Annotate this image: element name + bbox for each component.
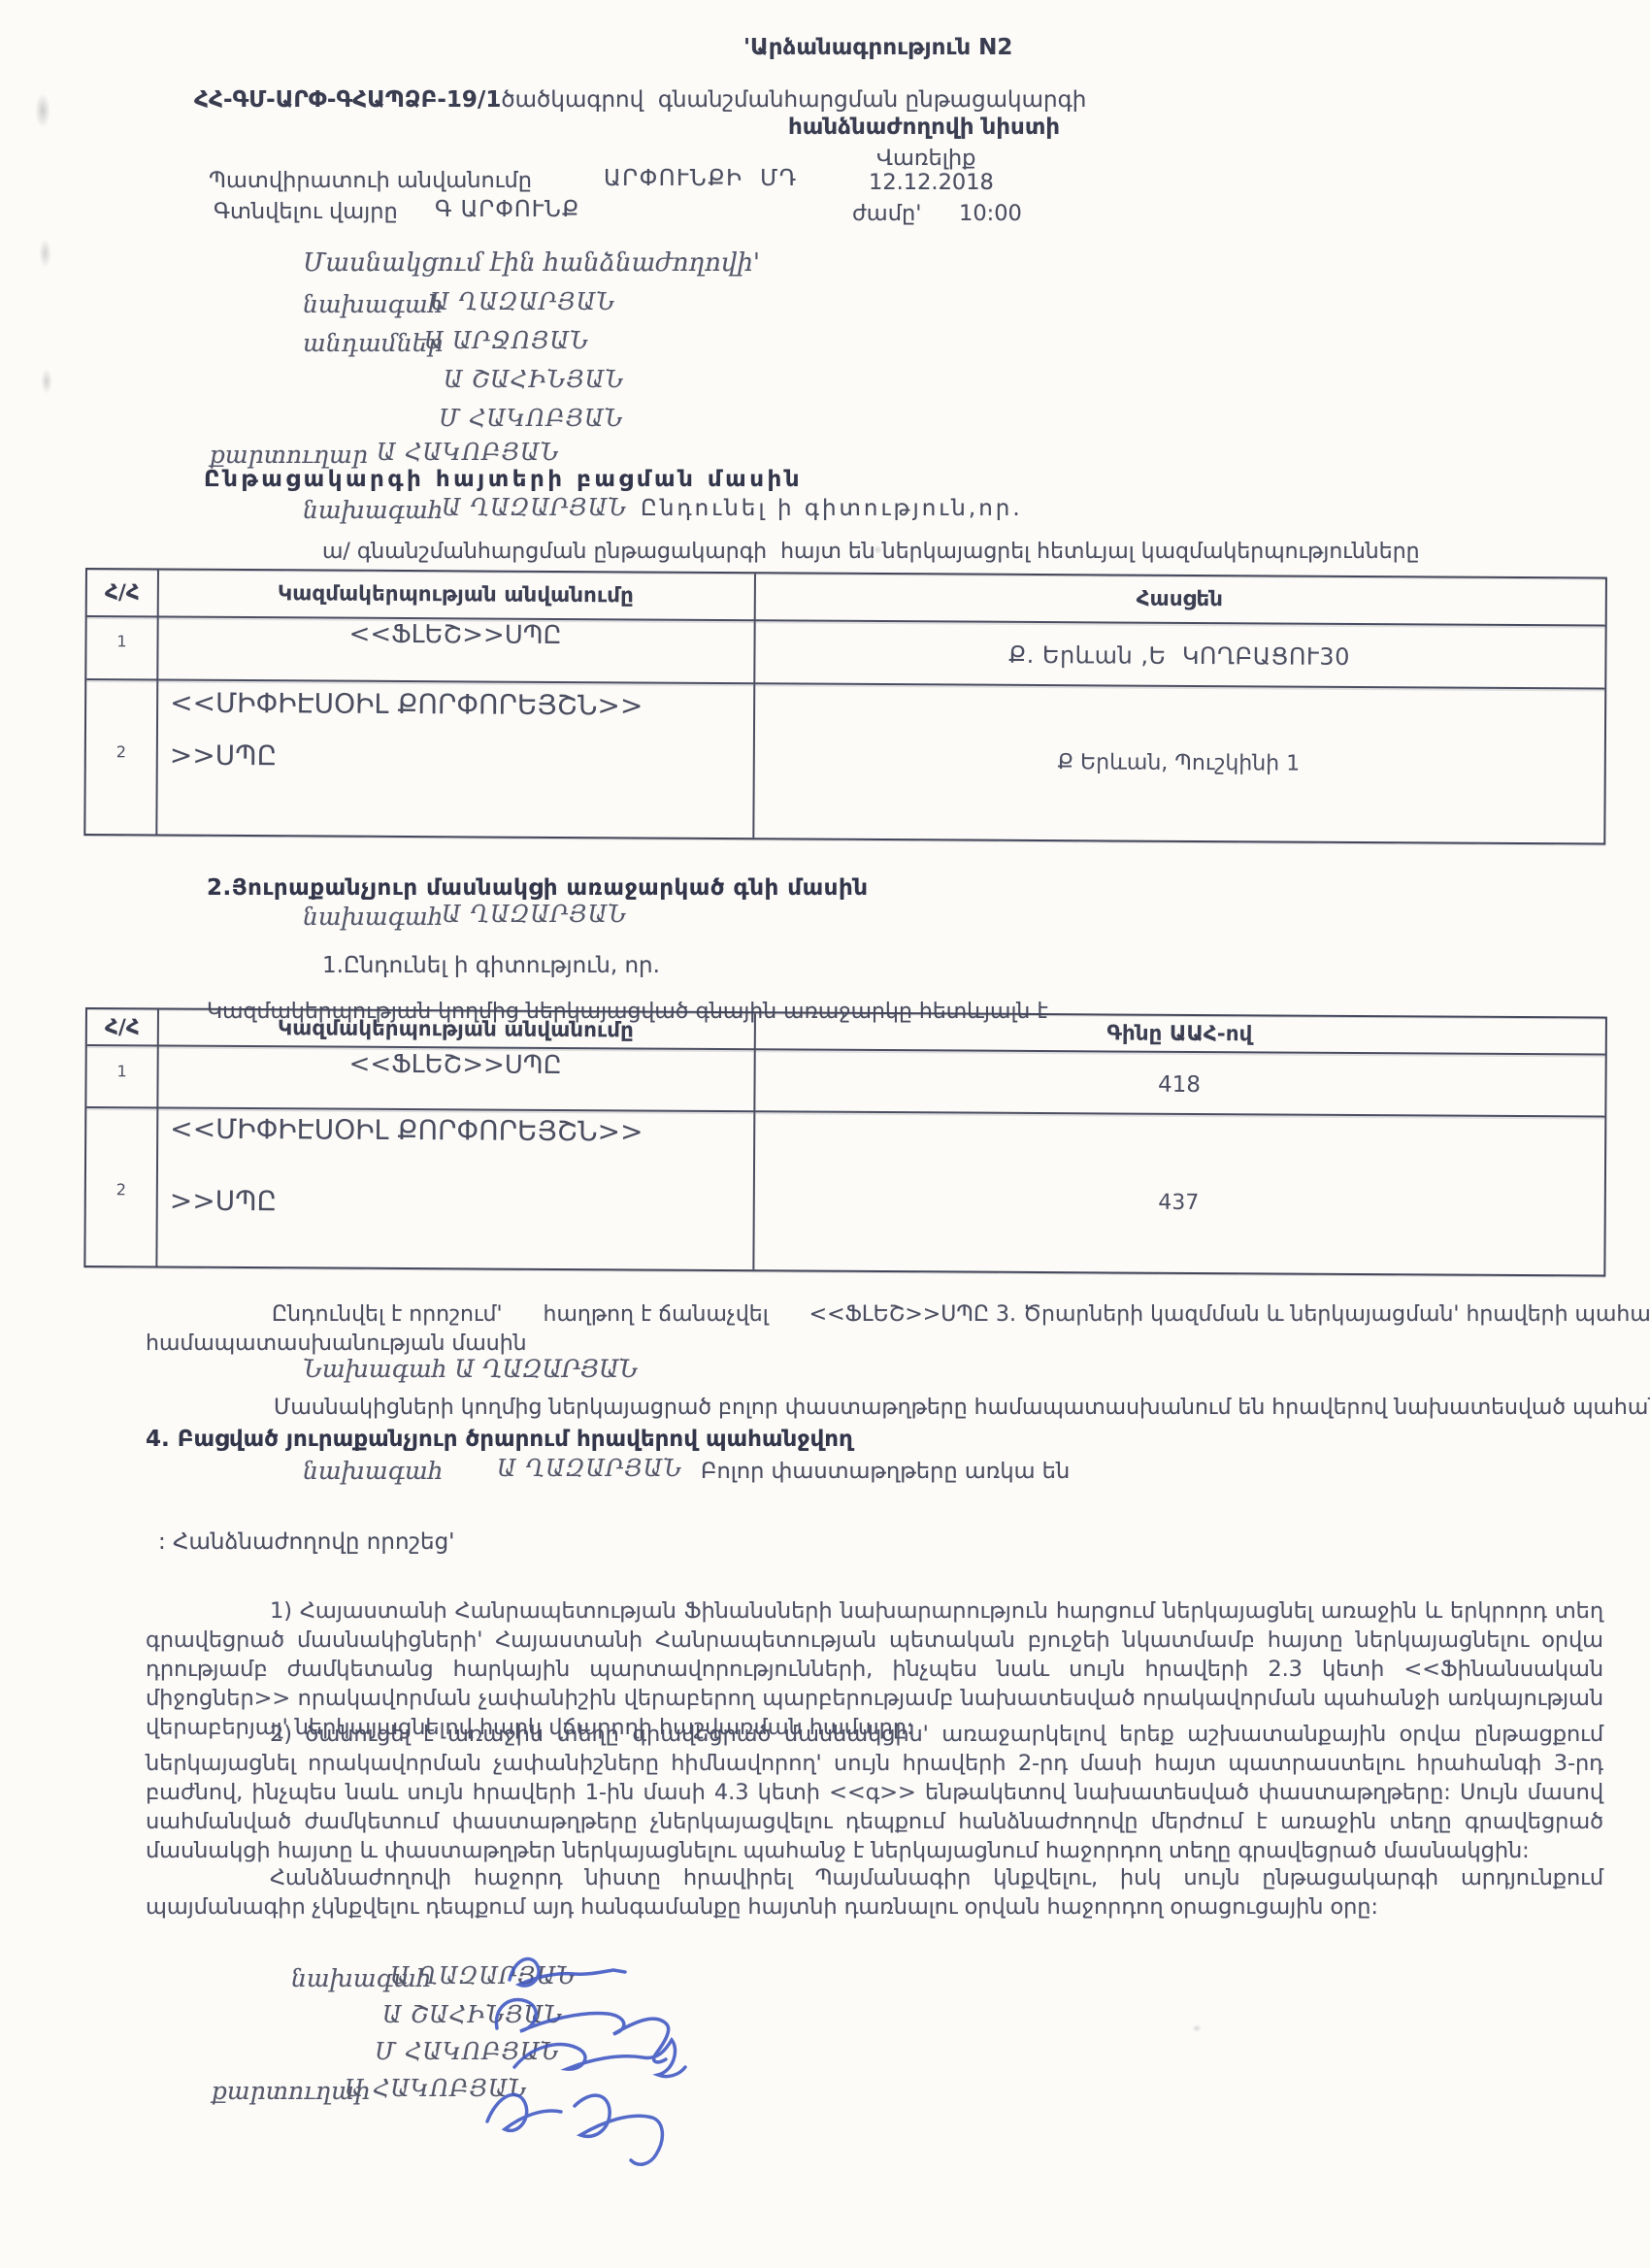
protocol-title: 'Արձանագրություն N2 <box>743 35 1012 60</box>
section1-intro: ա/ գնանշմանհարցման ընթացակարգի հայտ են ն… <box>322 540 1420 564</box>
member-2-name: Ա ՇԱՀԻՆՅԱՆ <box>444 366 624 393</box>
section2-note: 1.Ընդունել ի գիտություն, որ. <box>322 953 660 978</box>
table2-row1-price: 418 <box>753 1069 1604 1100</box>
procurement-subject: Վառելիք <box>876 146 975 171</box>
table2-row2-name-line2: >>ՍՊԸ <box>170 1185 278 1218</box>
price-offers-table: Հ/Հ Կազմակերպության անվանումը Գինը ԱԱՀ-ո… <box>83 1007 1607 1277</box>
table2-row2-name-line1: <<ՄԻՓԻԷՍՕԻԼ ՔՈՐՓՈՐԵՅՇՆ>> <box>170 1113 643 1148</box>
decision-intro: : Հանձնաժողովը որոշեց' <box>158 1529 454 1555</box>
table1-row2-name-line2: >>ՍՊԸ <box>170 740 278 772</box>
section1-chair-label: նախագահ <box>303 496 444 524</box>
time-label: ժամը' <box>852 201 921 226</box>
scan-artifact <box>874 545 882 554</box>
members-label: անդամներ <box>303 329 444 357</box>
section4-note: Բոլոր փաստաթղթերը առկա են <box>701 1459 1070 1484</box>
table2-header-num: Հ/Հ <box>87 1015 157 1039</box>
table-border <box>155 570 159 834</box>
table2-row2-price: 437 <box>753 1188 1604 1217</box>
chairman-label: նախագահ <box>303 290 444 318</box>
scanned-protocol-document: 'Արձանագրություն N2 ՀՀ-ԳՄ-ԱՐՓ-ԳՀԱՊՁԲ-19/… <box>0 0 1650 2268</box>
procedure-code: ՀՀ-ԳՄ-ԱՐՓ-ԳՀԱՊՁԲ-19/1 <box>194 87 501 113</box>
signature-hakobyan-a-ink <box>487 2094 662 2164</box>
client-label: Պատվիրատուի անվանումը <box>209 168 532 193</box>
section4-chair-label: նախագահ <box>303 1457 444 1485</box>
table-border <box>752 574 756 838</box>
table2-row1-name: <<ՖԼԵՇ>>ՍՊԸ <box>157 1048 754 1081</box>
section1-note: Ընդունել ի գիտություն,որ. <box>641 496 1023 521</box>
table1-row1-num: 1 <box>86 632 156 650</box>
section2-chair-name: Ա ՂԱԶԱՐՅԱՆ <box>442 901 627 928</box>
location-value: Գ ԱՐՓՈՒՆՔ <box>435 197 579 222</box>
member-3-name: Մ ՀԱԿՈԲՅԱՆ <box>439 405 624 432</box>
decision-item-2: 2) ծանուցել է առաջին տեղը գրավեցրած մասն… <box>146 1720 1603 1865</box>
winner-decision-line1: Ընդունվել է որոշում' հաղթող է ճանաչվել <… <box>272 1302 1650 1327</box>
section2-chair-label: նախագահ <box>303 903 444 931</box>
meeting-subtitle: հանձնաժողովի նիստի <box>788 115 1060 140</box>
decision-item-3: Հանձնաժողովի հաջորդ նիստը հրավիրել Պայմա… <box>146 1863 1603 1922</box>
chairman-name: Ա ՂԱԶԱՐՅԱՆ <box>430 288 615 315</box>
table1-row1-address: Ք. Երևան ,Ե ԿՈՂԲԱՑՈՒ30 <box>753 640 1604 672</box>
location-label: Գտնվելու վայրը <box>214 199 398 224</box>
winner-decision-line2: համապատասխանության մասին <box>146 1331 527 1356</box>
table1-row2-address: Ք Երևան, Պուշկինի 1 <box>753 748 1604 777</box>
bidders-table: Հ/Հ Կազմակերպության անվանումը Հասցեն <<Ֆ… <box>83 568 1607 845</box>
procedure-code-line: ՀՀ-ԳՄ-ԱՐՓ-ԳՀԱՊՁԲ-19/1ծածկագրով գնանշմանհ… <box>194 87 1086 113</box>
secretary-name: Ա ՀԱԿՈԲՅԱՆ <box>377 439 560 466</box>
scan-artifact <box>41 369 52 394</box>
attendees-intro: Մասնակցում էին հանձնաժողովի' <box>303 248 760 278</box>
member-1-name: Ա ԱՐՋՈՅԱՆ <box>424 327 589 354</box>
scan-artifact <box>35 93 50 128</box>
meeting-date: 12.12.2018 <box>869 170 994 195</box>
table1-header-num: Հ/Հ <box>87 580 157 605</box>
section1-heading: Ընթացակարգի հայտերի բացման մասին <box>204 467 803 492</box>
table1-row2-name-line1: <<ՄԻՓԻԷՍՕԻԼ ՔՈՐՓՈՐԵՅՇՆ>> <box>170 687 643 722</box>
procedure-code-rest: ծածկագրով գնանշմանհարցման ընթացակարգի <box>501 87 1086 113</box>
table2-header-name: Կազմակերպության անվանումը <box>157 1015 754 1043</box>
section4-chair-name: Ա ՂԱԶԱՐՅԱՆ <box>497 1455 682 1482</box>
scan-artifact <box>39 239 51 268</box>
table1-header-name: Կազմակերպության անվանումը <box>157 580 754 608</box>
compliance-statement: Մասնակիցների կողմից ներկայացրած բոլոր փա… <box>274 1396 1650 1420</box>
table1-row1-name: <<ՖԼԵՇ>>ՍՊԸ <box>156 618 753 651</box>
table1-header-address: Հասցեն <box>754 584 1605 613</box>
client-value: ԱՐՓՈՒՆՔԻ ՄԴ <box>604 166 798 191</box>
signature-ghazaryan-ink <box>510 1958 625 1986</box>
section3-chair-line: Նախագահ Ա ՂԱԶԱՐՅԱՆ <box>303 1355 638 1383</box>
secretary-label: քարտուղար <box>210 441 368 469</box>
table2-row1-num: 1 <box>87 1062 157 1080</box>
table2-header-price: Գինը ԱԱՀ-ով <box>754 1019 1605 1048</box>
section1-chair-name: Ա ՂԱԶԱՐՅԱՆ <box>442 494 627 521</box>
section2-heading: 2.Յուրաքանչյուր մասնակցի առաջարկած գնի մ… <box>207 875 869 901</box>
scan-artifact <box>1192 2024 1202 2032</box>
time-value: 10:00 <box>959 201 1022 226</box>
table2-row2-num: 2 <box>86 1180 156 1199</box>
table1-row2-num: 2 <box>86 742 156 761</box>
signature-hakobyan-m-ink <box>514 2040 685 2077</box>
section4-heading: 4. Բացված յուրաքանչյուր ծրարում հրավերով… <box>146 1427 853 1452</box>
handwritten-signatures <box>466 1939 835 2177</box>
